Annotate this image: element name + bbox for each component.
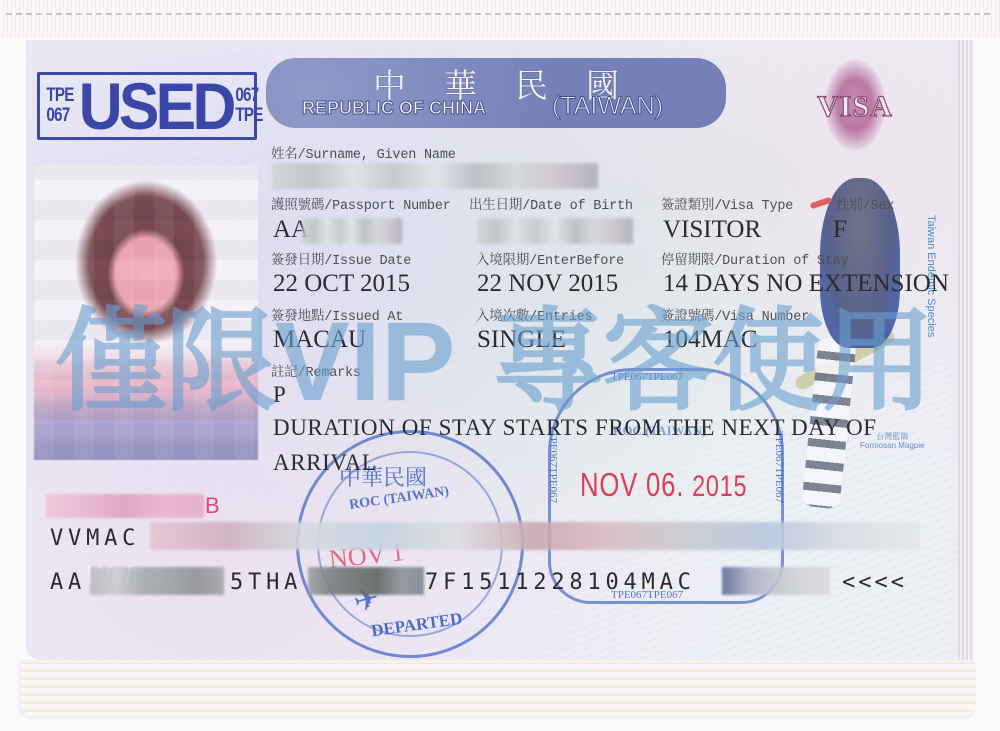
species-name-en: Formosan Magpie: [860, 441, 924, 450]
passport-number-redacted: [302, 218, 402, 244]
mrz-line-2-middle: 5THA: [230, 570, 302, 595]
issue-date-label: 簽發日期/Issue Date: [271, 248, 411, 269]
used-stamp-left-bottom: 067: [46, 106, 73, 126]
mrz-line-1-prefix: VVMAC: [50, 526, 140, 551]
mrz-line-2-filler: <<<<: [842, 570, 907, 595]
name-label: 姓名/Surname, Given Name: [271, 142, 456, 163]
page-binding-strip: [958, 40, 974, 660]
entry-stamp-date: NOV 06. 2015: [580, 466, 747, 504]
date-of-birth-redacted: [477, 218, 633, 244]
entry-stamp-day: NOV 06.: [580, 466, 684, 503]
enter-before-value: 22 NOV 2015: [477, 270, 618, 298]
watermark-prefix: 僅限: [55, 297, 275, 427]
mrz-line-2-start: AA: [50, 570, 86, 595]
mrz-line-2-redacted-a: [90, 567, 224, 595]
used-stamp-right: 067 TPE: [233, 86, 265, 126]
duration-value: 14 DAYS NO EXTENSION: [663, 270, 949, 298]
used-stamp-right-top: 067: [236, 86, 263, 106]
enter-before-label: 入境限期/EnterBefore: [476, 248, 624, 269]
used-stamp-left-top: TPE: [46, 86, 73, 106]
used-stamp-left: TPE 067: [44, 86, 76, 126]
entry-stamp-year: 2015: [692, 470, 747, 503]
entry-stamp-code-left: TPE067TPE067: [547, 431, 559, 503]
country-banner: 中華民國 REPUBLIC OF CHINA (TAIWAN): [266, 58, 726, 128]
remarks-line-3: ARRIVAL: [273, 450, 376, 476]
visa-type-label: 簽證類別/Visa Type: [661, 193, 793, 214]
mrz-line-1-redacted: [150, 522, 920, 550]
used-stamp-main: USED: [79, 76, 233, 136]
passport-page-edge: [0, 0, 1000, 38]
visa-emblem: VISA: [805, 60, 905, 150]
mrz-line-2-redacted-b: [308, 567, 424, 595]
sex-value: F: [833, 216, 847, 244]
serial-suffix: B: [205, 493, 220, 519]
mrz-line-2-code: 7F1511228104MAC: [425, 570, 696, 595]
vip-watermark: 僅限VIP 專客使用: [55, 302, 933, 422]
watermark-suffix: 專客使用: [493, 297, 933, 427]
visa-emblem-label: VISA: [805, 90, 905, 124]
name-value-redacted: [272, 163, 598, 189]
serial-number-redacted: [46, 494, 204, 518]
duration-label: 停留期限/Duration of Stay: [661, 248, 849, 269]
issue-date-value: 22 OCT 2015: [273, 270, 410, 298]
date-of-birth-label: 出生日期/Date of Birth: [469, 193, 633, 214]
sex-label: 性別/Sex: [836, 193, 894, 214]
banner-country: (TAIWAN): [552, 92, 663, 121]
passport-page-stack: [20, 660, 975, 716]
visa-type-value: VISITOR: [663, 216, 761, 244]
passport-number-label: 護照號碼/Passport Number: [271, 193, 451, 214]
banner-english-title: REPUBLIC OF CHINA: [302, 98, 486, 119]
mrz-line-2-redacted-c: [722, 567, 830, 595]
used-stamp: TPE 067 USED 067 TPE: [37, 72, 257, 140]
used-stamp-right-bottom: TPE: [236, 106, 263, 126]
entry-stamp-code-right: TPE067TPE067: [773, 431, 785, 503]
watermark-vip: VIP: [275, 299, 456, 424]
